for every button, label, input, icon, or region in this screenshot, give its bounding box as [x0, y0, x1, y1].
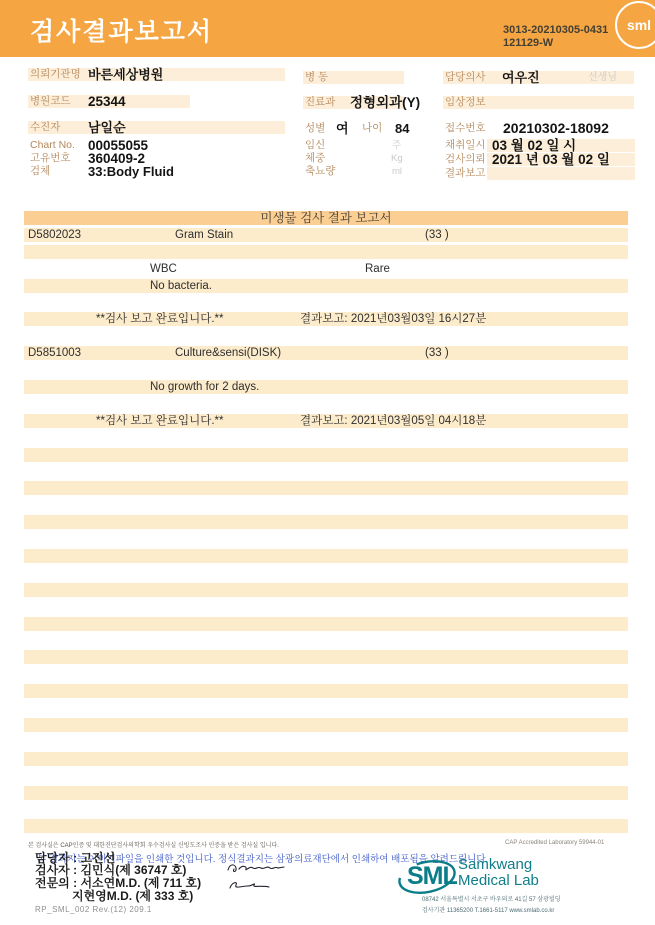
test2-specimen-code: (33 )	[425, 346, 449, 360]
age-label: 나이	[362, 122, 382, 135]
lab-name: Samkwang Medical Lab	[458, 857, 539, 889]
doctor-name: 여우진	[502, 71, 540, 84]
chart-no-label: Chart No.	[30, 139, 75, 152]
cap-accreditation-number: CAP Accredited Laboratory 59944-01	[505, 840, 604, 846]
info-row-ward: 병 동	[303, 71, 404, 84]
document-numbers: 3013-20210305-0431 121129-W	[503, 24, 608, 50]
info-row-result-report: 결과보고	[443, 167, 635, 180]
empty-stripe	[24, 752, 628, 766]
department-value: 정형외과(Y)	[350, 96, 420, 109]
test1-result2-item: No bacteria.	[150, 279, 212, 293]
info-row-sex-age: 성별 여 나이 84	[303, 122, 453, 135]
hospital-code-label: 병원코드	[30, 95, 71, 108]
empty-stripe	[24, 786, 628, 800]
info-row-request: 검사의뢰 2021 년 03 월 02 일	[443, 153, 635, 166]
test2-name: Culture&sensi(DISK)	[175, 346, 281, 360]
empty-stripe	[24, 448, 628, 462]
info-row-patient: 수진자 남일순	[28, 121, 285, 134]
test1-reported-datetime: 결과보고: 2021년03월03일 16시27분	[300, 312, 486, 326]
empty-stripe	[24, 549, 628, 563]
weight-label: 체중	[305, 152, 325, 165]
info-row-weight: 체중 Kg	[303, 152, 413, 165]
lab-logo-block: SML Samkwang Medical Lab 08742 서울특별시 서초구…	[396, 856, 636, 916]
document-number-2: 121129-W	[503, 37, 608, 50]
specialist-line-2: 지현영M.D. (제 333 호)	[72, 887, 193, 904]
test1-complete-row: **검사 보고 완료입니다.** 결과보고: 2021년03월03일 16시27…	[24, 312, 628, 326]
test1-result1-value: Rare	[365, 262, 390, 276]
request-label: 검사의뢰	[445, 153, 486, 166]
info-row-specimen: 검체 33:Body Fluid	[28, 165, 285, 178]
clinical-info-label: 임상정보	[445, 96, 486, 109]
empty-stripe	[24, 684, 628, 698]
test2-header-row: D5851003 Culture&sensi(DISK) (33 )	[24, 346, 628, 360]
result-report-band	[487, 167, 635, 180]
receipt-no-label: 접수번호	[445, 122, 486, 135]
info-row-urine: 축뇨량 ml	[303, 165, 413, 178]
test1-result-row-2: No bacteria.	[24, 279, 628, 293]
collection-label: 채취일시	[445, 139, 486, 152]
info-row-doctor: 담당의사 여우진 선생님	[443, 71, 634, 84]
specimen-value: 33:Body Fluid	[88, 165, 174, 178]
urine-unit: ml	[392, 165, 402, 178]
sml-logo-text: SML	[407, 862, 457, 891]
empty-band-row	[24, 245, 628, 259]
test1-complete-message: **검사 보고 완료입니다.**	[96, 312, 223, 326]
test2-code: D5851003	[28, 346, 81, 360]
test1-code: D5802023	[28, 228, 81, 242]
collection-value: 03 월 02 일 시	[492, 139, 576, 152]
institution-value: 바른세상병원	[88, 68, 163, 81]
empty-stripe	[24, 515, 628, 529]
test2-reported-datetime: 결과보고: 2021년03월05일 04시18분	[300, 414, 486, 428]
weight-unit: Kg	[391, 152, 403, 165]
info-row-department: 진료과 정형외과(Y)	[303, 96, 404, 109]
accreditation-note: 본 검사실은 CAP인증 및 대한진단검사의학회 우수검사실 신빙도조사 인증을…	[28, 840, 279, 849]
info-row-hospital-code: 병원코드 25344	[28, 95, 190, 108]
ward-label: 병 동	[305, 71, 328, 84]
empty-stripe	[24, 481, 628, 495]
institution-label: 의뢰기관명	[30, 68, 81, 81]
lab-name-line-1: Samkwang	[458, 857, 539, 873]
lab-address: 08742 서울특별시 서초구 바우뫼로 41길 57 삼광빌딩	[422, 894, 561, 903]
patient-label: 수진자	[30, 121, 60, 134]
empty-stripe	[24, 718, 628, 732]
lab-report-page: 검사결과보고서 3013-20210305-0431 121129-W sml …	[0, 0, 655, 925]
test2-complete-row: **검사 보고 완료입니다.** 결과보고: 2021년03월05일 04시18…	[24, 414, 628, 428]
empty-stripe	[24, 617, 628, 631]
test2-complete-message: **검사 보고 완료입니다.**	[96, 414, 223, 428]
info-row-pregnancy: 임신 주	[303, 139, 413, 152]
test1-result-row-1: WBC Rare	[24, 262, 628, 276]
info-row-clinical-info: 임상정보	[443, 96, 634, 109]
test1-result1-item: WBC	[150, 262, 177, 276]
receipt-no-value: 20210302-18092	[503, 122, 609, 135]
urine-label: 축뇨량	[305, 165, 335, 178]
form-number: RP_SML_002 Rev.(12) 209.1	[35, 905, 152, 914]
empty-stripe	[24, 583, 628, 597]
signature-icon	[222, 856, 307, 898]
document-number-1: 3013-20210305-0431	[503, 24, 608, 37]
info-row-chart-no: Chart No. 00055055	[28, 139, 285, 152]
test1-header-row: D5802023 Gram Stain (33 )	[24, 228, 628, 242]
section-title-band: 미생물 검사 결과 보고서	[24, 211, 628, 225]
pregnancy-unit: 주	[392, 139, 401, 152]
age-value: 84	[395, 122, 409, 135]
specimen-label: 검체	[30, 165, 50, 178]
test2-result-row-1: No growth for 2 days.	[24, 380, 628, 394]
info-row-receipt-no: 접수번호 20210302-18092	[443, 122, 643, 135]
empty-stripe	[24, 650, 628, 664]
sex-label: 성별	[305, 122, 325, 135]
test2-result1-item: No growth for 2 days.	[150, 380, 259, 394]
test1-name: Gram Stain	[175, 228, 233, 242]
page-title: 검사결과보고서	[30, 12, 213, 48]
result-report-label: 결과보고	[445, 167, 486, 180]
sml-logo-icon: sml	[615, 1, 655, 49]
empty-stripe	[24, 819, 628, 833]
sex-value: 여	[336, 122, 349, 135]
department-label: 진료과	[305, 96, 335, 109]
test1-specimen-code: (33 )	[425, 228, 449, 242]
request-value: 2021 년 03 월 02 일	[492, 153, 610, 166]
info-row-institution: 의뢰기관명 바른세상병원	[28, 68, 285, 81]
report-header: 검사결과보고서 3013-20210305-0431 121129-W sml	[0, 0, 655, 57]
unique-no-label: 고유번호	[30, 152, 71, 165]
doctor-suffix: 선생님	[588, 71, 617, 84]
info-row-collection: 채취일시 03 월 02 일 시	[443, 139, 635, 152]
pregnancy-label: 임신	[305, 139, 325, 152]
lab-name-line-2: Medical Lab	[458, 873, 539, 889]
hospital-code-value: 25344	[88, 95, 126, 108]
lab-contact: 검사기관 11365200 T.1661-5117 www.smlab.co.k…	[422, 905, 554, 914]
patient-name: 남일순	[88, 121, 126, 134]
doctor-label: 담당의사	[445, 71, 486, 84]
